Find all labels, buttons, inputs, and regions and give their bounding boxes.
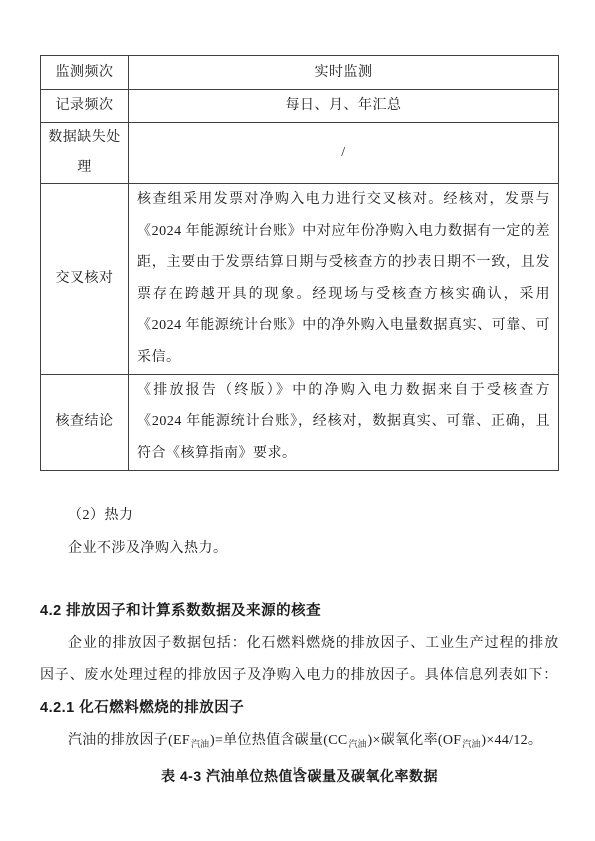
row-label: 核查结论 <box>41 374 129 470</box>
formula-part: 汽油的排放因子(EF <box>68 733 190 748</box>
page-number: 16 <box>0 765 595 777</box>
emission-factor-formula: 汽油的排放因子(EF汽油)=单位热值含碳量(CC汽油)×碳氧化率(OF汽油)×4… <box>40 725 559 760</box>
section-heading-4-2: 4.2 排放因子和计算系数数据及来源的核查 <box>40 595 559 628</box>
table-row-record-frequency: 记录频次 每日、月、年汇总 <box>41 90 559 123</box>
row-value: / <box>129 123 559 184</box>
item-heading-heat: （2）热力 <box>40 499 559 532</box>
row-label: 记录频次 <box>41 90 129 123</box>
section-paragraph: 企业的排放因子数据包括：化石燃料燃烧的排放因子、工业生产过程的排放因子、废水处理… <box>40 628 559 692</box>
row-label: 数据缺失处理 <box>41 123 129 184</box>
formula-part: )×碳氧化率(OF <box>368 733 462 748</box>
row-value: 核查组采用发票对净购入电力进行交叉核对。经核对，发票与《2024 年能源统计台账… <box>129 184 559 375</box>
table-row-missing-data-handling: 数据缺失处理 / <box>41 123 559 184</box>
formula-subscript: 汽油 <box>191 739 209 749</box>
verification-table: 监测频次 实时监测 记录频次 每日、月、年汇总 数据缺失处理 / 交叉核对 核查… <box>40 55 559 471</box>
table-row-cross-check: 交叉核对 核查组采用发票对净购入电力进行交叉核对。经核对，发票与《2024 年能… <box>41 184 559 375</box>
page-content: 监测频次 实时监测 记录频次 每日、月、年汇总 数据缺失处理 / 交叉核对 核查… <box>40 55 559 793</box>
row-value: 《排放报告（终版）》中的净购入电力数据来自于受核查方《2024 年能源统计台账》… <box>129 374 559 470</box>
document-page: 监测频次 实时监测 记录频次 每日、月、年汇总 数据缺失处理 / 交叉核对 核查… <box>0 0 595 841</box>
formula-subscript: 汽油 <box>349 739 367 749</box>
row-value: 每日、月、年汇总 <box>129 90 559 123</box>
row-label: 监测频次 <box>41 56 129 90</box>
item-text-heat: 企业不涉及净购入热力。 <box>40 532 559 565</box>
table-row-monitoring-frequency: 监测频次 实时监测 <box>41 56 559 90</box>
formula-part: )×44/12。 <box>481 733 542 748</box>
row-value: 实时监测 <box>129 56 559 90</box>
formula-subscript: 汽油 <box>462 739 480 749</box>
row-label: 交叉核对 <box>41 184 129 375</box>
subsection-heading-4-2-1: 4.2.1 化石燃料燃烧的排放因子 <box>40 692 559 725</box>
formula-part: )=单位热值含碳量(CC <box>210 733 348 748</box>
table-row-verification-conclusion: 核查结论 《排放报告（终版）》中的净购入电力数据来自于受核查方《2024 年能源… <box>41 374 559 470</box>
